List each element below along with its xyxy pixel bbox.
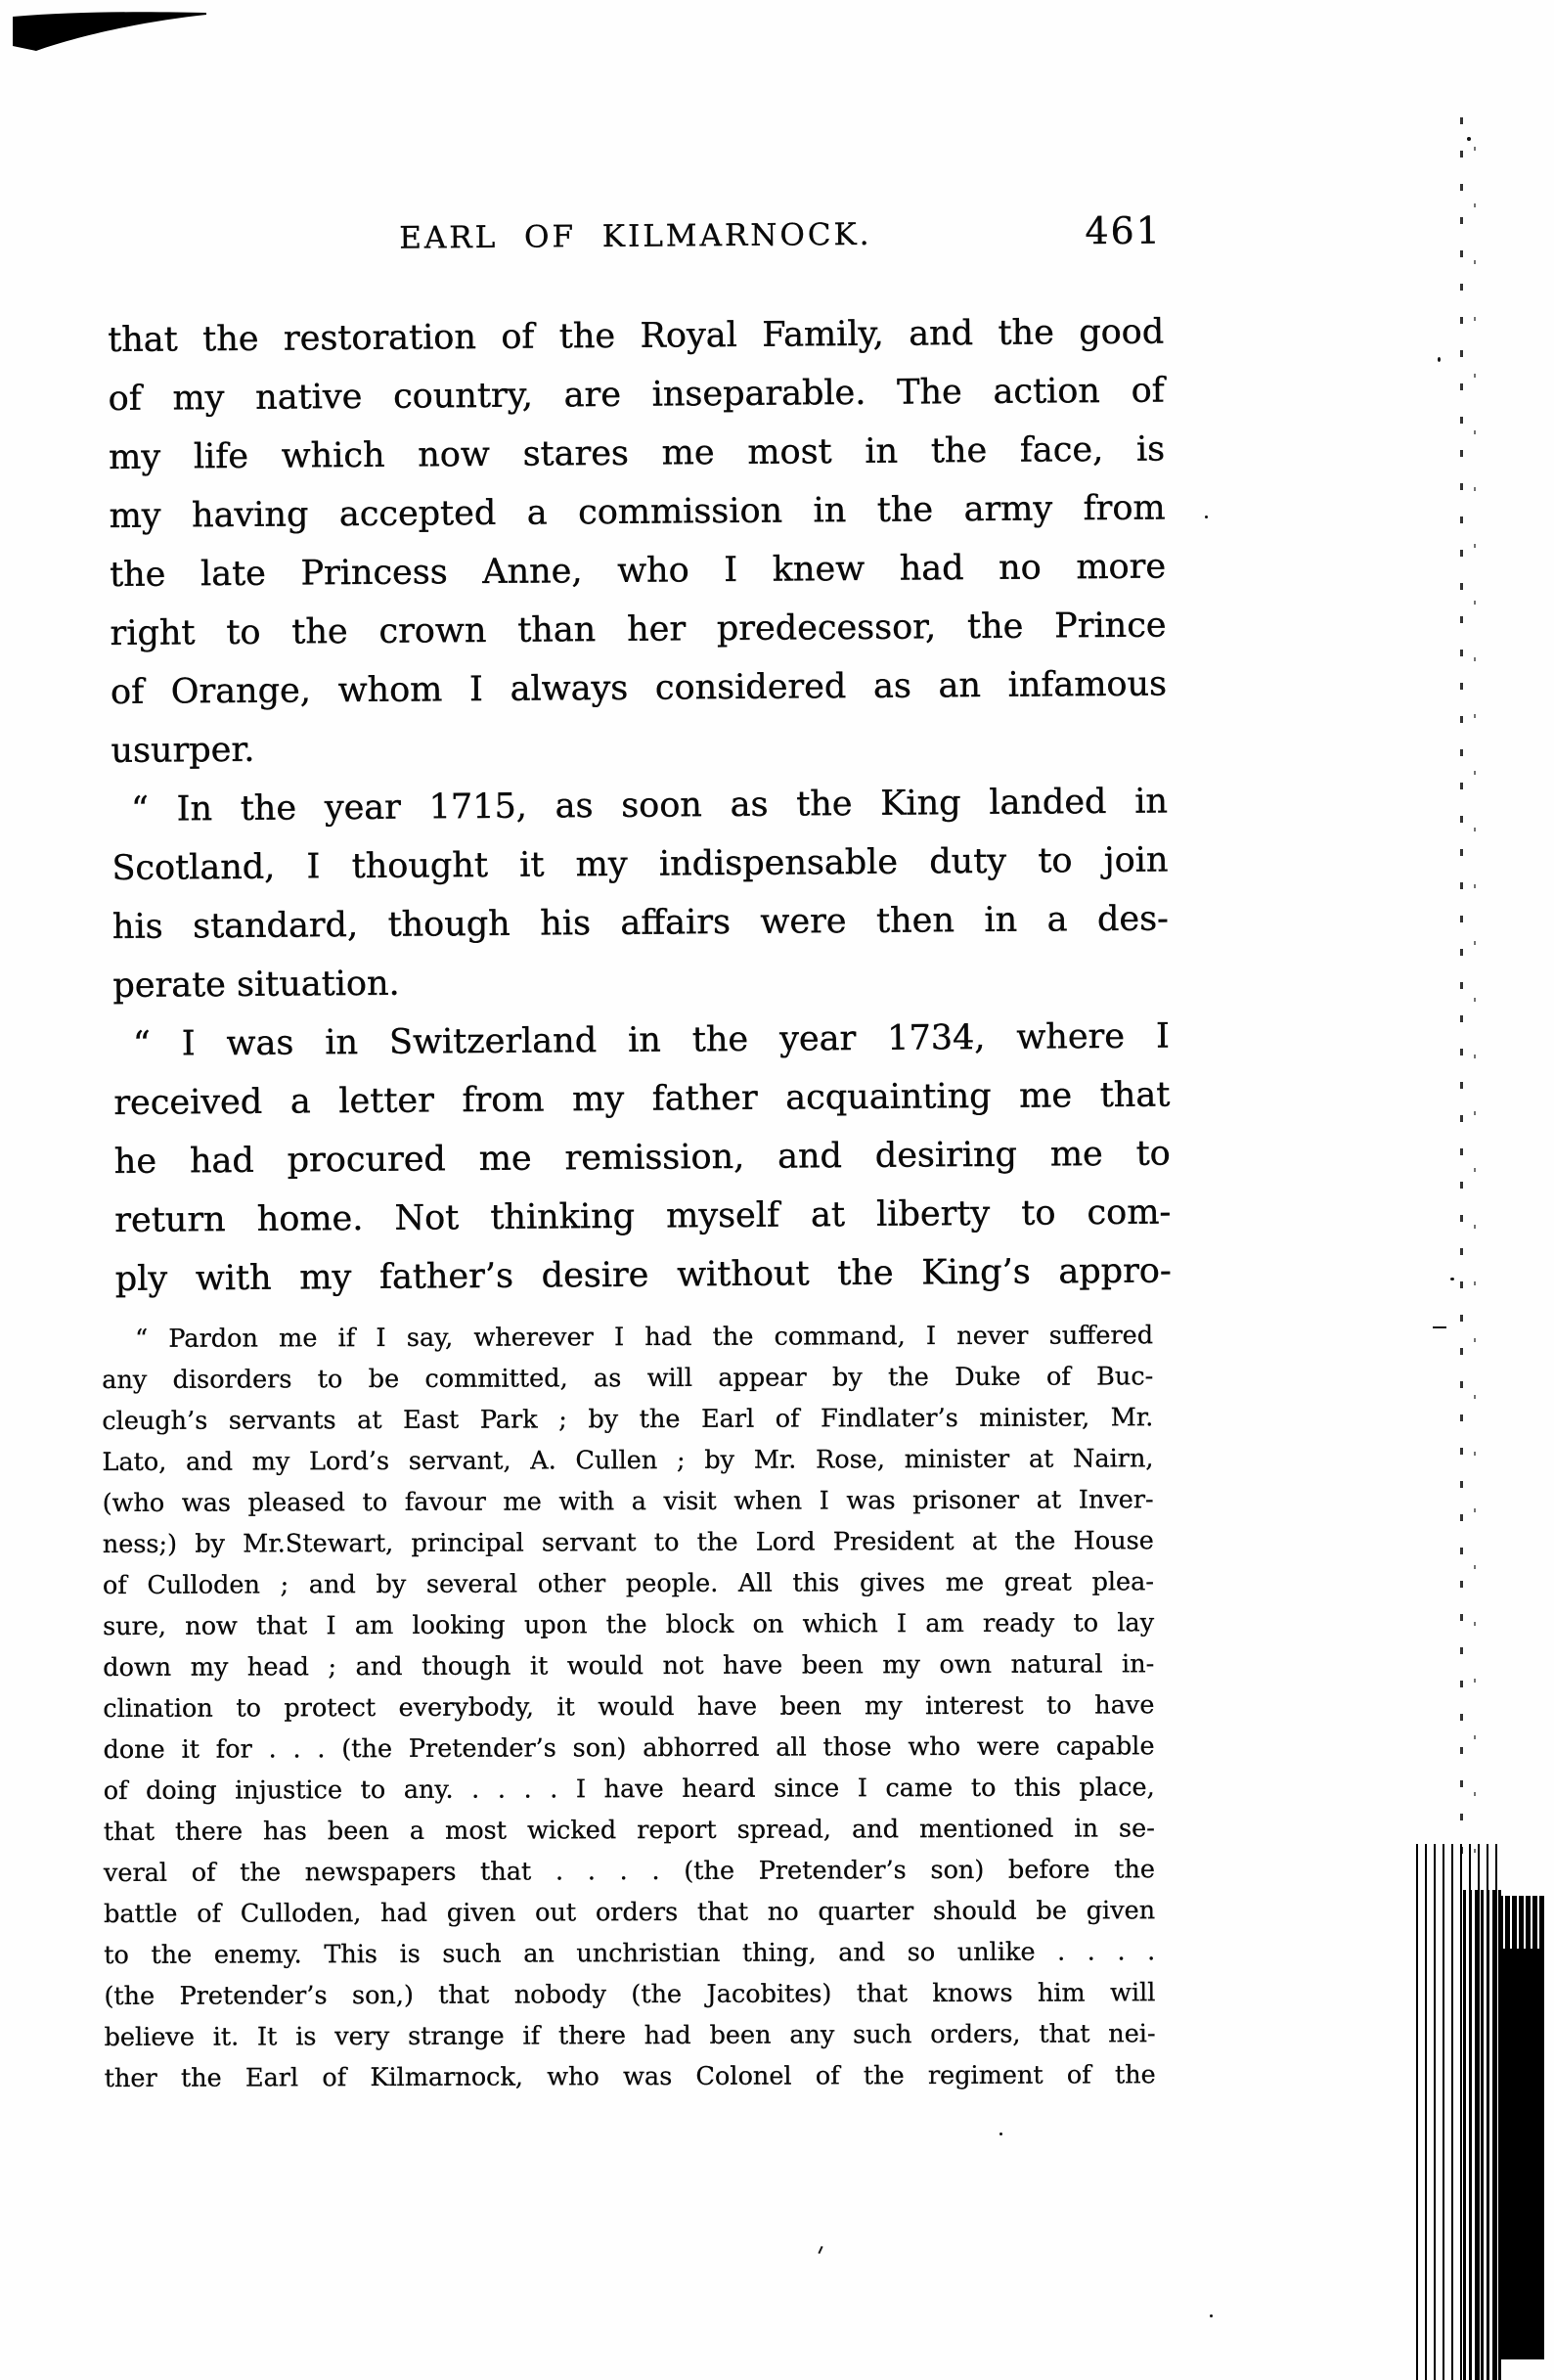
body-line: the late Princess Anne, who I knew had n…: [110, 538, 1166, 605]
body-line: perate situation.: [112, 948, 1169, 1014]
footnote-line: sure, now that I am looking upon the blo…: [103, 1602, 1154, 1647]
scan-speck: [1438, 357, 1441, 362]
scan-speck: [999, 2133, 1002, 2135]
footnote-line: believe it. It is very strange if there …: [104, 2013, 1155, 2058]
scan-speck: [600, 2037, 603, 2040]
book-page: EARL OF KILMARNOCK. 461 that the restora…: [0, 0, 1554, 2380]
body-line: “ I was in Switzerland in the year 1734,…: [113, 1007, 1170, 1073]
body-line: Scotland, I thought it my indispensable …: [111, 831, 1168, 898]
footnote-line: ness;) by Mr.Stewart, principal servant …: [103, 1520, 1154, 1565]
scan-smudge-topleft: [13, 9, 208, 60]
body-line: my life which now stares me most in the …: [109, 421, 1165, 487]
footnote-line: veral of the newspapers that . . . . (th…: [104, 1849, 1155, 1894]
footnote-line: battle of Culloden, had given out orders…: [104, 1890, 1155, 1935]
scan-binding-dots: [1460, 117, 1463, 1868]
page-number: 461: [1085, 209, 1162, 253]
footnote-line: “ Pardon me if I say, wherever I had the…: [102, 1315, 1153, 1360]
scan-speck: [1433, 1326, 1446, 1328]
footnote-text: “ Pardon me if I say, wherever I had the…: [102, 1315, 1156, 2099]
body-line: of my native country, are inseparable. T…: [108, 362, 1164, 428]
footnote-line: that there has been a most wicked report…: [104, 1808, 1155, 1853]
body-line: of Orange, whom I always considered as a…: [111, 655, 1167, 722]
footnote-line: to the enemy. This is such an unchristia…: [104, 1931, 1155, 1976]
body-line: received a letter from my father acquain…: [113, 1065, 1170, 1132]
footnote-line: any disorders to be committed, as will a…: [102, 1356, 1153, 1401]
body-line: that the restoration of the Royal Family…: [108, 303, 1164, 370]
footnote-line: ther the Earl of Kilmarnock, who was Col…: [105, 2054, 1156, 2099]
footnote-line: down my head ; and though it would not h…: [103, 1643, 1154, 1688]
footnote-line: clination to protect everybody, it would…: [103, 1684, 1154, 1729]
scan-streaks: [1498, 1896, 1544, 1951]
scan-speck: [1205, 516, 1208, 518]
running-title: EARL OF KILMARNOCK.: [108, 215, 1164, 258]
scan-speck: [1450, 1278, 1454, 1280]
scan-speck: [1210, 2314, 1213, 2317]
footnote-line: cleugh’s servants at East Park ; by the …: [102, 1397, 1153, 1442]
footnote-line: (the Pretender’s son,) that nobody (the …: [104, 1972, 1155, 2017]
body-line: my having accepted a commission in the a…: [109, 479, 1165, 546]
footnote-line: done it for . . . (the Pretender’s son) …: [103, 1726, 1154, 1771]
scan-speck: [818, 2246, 822, 2254]
footnote-line: Lato, and my Lord’s servant, A. Cullen ;…: [102, 1438, 1153, 1483]
body-line: right to the crown than her predecessor,…: [110, 597, 1166, 663]
scan-streaks: [1463, 1890, 1502, 2380]
body-line: usurper.: [111, 714, 1167, 781]
scan-streaks: [1498, 1949, 1544, 2359]
scan-speck: [1467, 137, 1471, 141]
body-line: ply with my father’s desire without the …: [115, 1241, 1172, 1308]
body-line: return home. Not thinking myself at libe…: [114, 1183, 1171, 1249]
footnote-line: of Culloden ; and by several other peopl…: [103, 1561, 1154, 1606]
footnote-line: of doing injustice to any. . . . . I hav…: [104, 1767, 1155, 1812]
body-line: “ In the year 1715, as soon as the King …: [111, 773, 1168, 839]
page-header: EARL OF KILMARNOCK. 461: [108, 215, 1164, 272]
footnote-line: (who was pleased to favour me with a vis…: [103, 1479, 1154, 1524]
scan-binding-dots: [1474, 147, 1476, 1868]
body-text: that the restoration of the Royal Family…: [108, 303, 1172, 1309]
body-line: his standard, though his affairs were th…: [112, 889, 1169, 956]
body-line: he had procured me remission, and desiri…: [114, 1124, 1171, 1190]
